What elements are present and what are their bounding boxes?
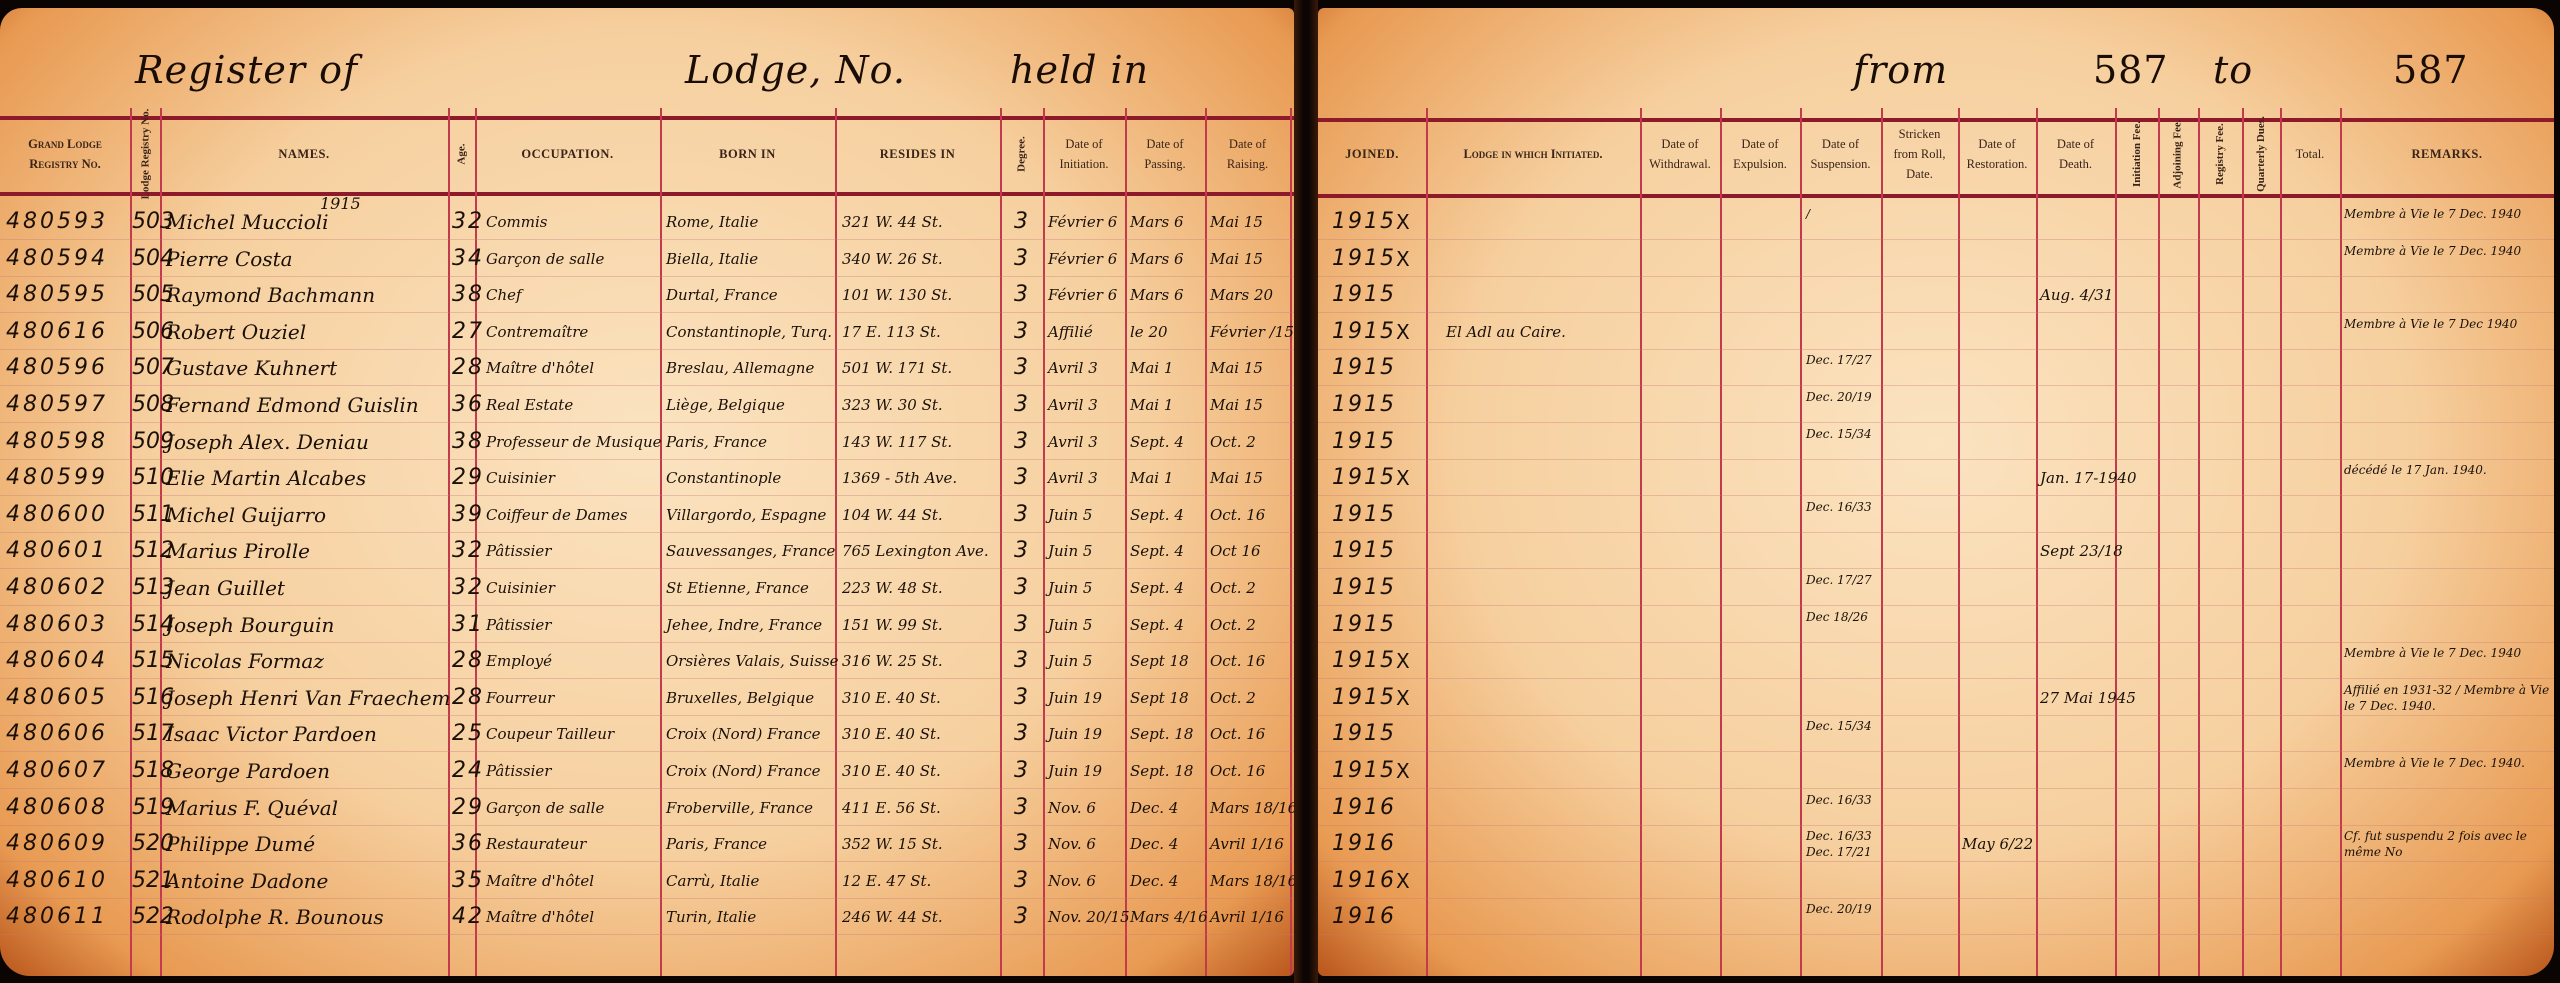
table-row: 1915X27 Mai 1945Affilié en 1931-32 / Mem… — [1318, 680, 2554, 716]
joined-year: 1915 — [1332, 497, 1396, 533]
title-to: to — [2213, 48, 2253, 92]
born-in: Froberville, France — [666, 790, 813, 826]
date-suspension: Dec. 20/19 — [1806, 901, 1880, 937]
remarks — [2344, 499, 2550, 535]
resides-in: 101 W. 130 St. — [842, 277, 952, 313]
table-row: 480604515Nicolas Formaz28EmployéOrsières… — [0, 643, 1294, 679]
header-registry-fee-text: Registry Fee. — [2214, 123, 2226, 185]
date-initiation: Avril 3 — [1048, 460, 1098, 496]
member-name: Joseph Henri Van Fraechem — [166, 680, 451, 716]
age: 34 — [452, 241, 484, 277]
born-in: Jehee, Indre, France — [666, 607, 822, 643]
lodge-initiated: El Adl au Caire. — [1446, 314, 1566, 350]
grand-lodge-registry-no: 480602 — [6, 570, 108, 606]
date-initiation: Juin 19 — [1048, 680, 1102, 716]
joined-year: 1915 — [1332, 643, 1396, 679]
grand-lodge-registry-no: 480599 — [6, 460, 108, 496]
header-date-initiation: Date of Initiation. — [1043, 114, 1125, 194]
date-raising: Mai 15 — [1210, 387, 1263, 423]
header-quarterly-dues-text: Quarterly Dues. — [2255, 116, 2267, 192]
title-held-in: held in — [1010, 48, 1149, 92]
date-raising: Mai 15 — [1210, 241, 1263, 277]
header-degree: Degree. — [1000, 114, 1043, 194]
grand-lodge-registry-no: 480601 — [6, 533, 108, 569]
occupation: Garçon de salle — [486, 241, 604, 277]
table-row: 480608519Marius F. Quéval29Garçon de sal… — [0, 790, 1294, 826]
born-in: Constantinople, Turq. — [666, 314, 832, 350]
degree: 3 — [1014, 899, 1030, 935]
date-initiation: Juin 5 — [1048, 497, 1092, 533]
remarks — [2344, 279, 2550, 315]
date-suspension: Dec. 16/33 Dec. 17/21 — [1806, 828, 1880, 864]
table-row: 480598509Joseph Alex. Deniau38Professeur… — [0, 424, 1294, 460]
age: 28 — [452, 680, 484, 716]
age: 36 — [452, 826, 484, 862]
date-initiation: Affilié — [1048, 314, 1093, 350]
check-mark-icon: X — [1396, 241, 1410, 277]
member-name: Michel Guijarro — [166, 497, 326, 533]
date-suspension: / — [1806, 206, 1880, 242]
date-raising: Oct. 2 — [1210, 570, 1256, 606]
resides-in: 310 E. 40 St. — [842, 753, 941, 789]
date-raising: Mars 18/16 — [1210, 790, 1294, 826]
date-initiation: Juin 5 — [1048, 643, 1092, 679]
title-from-number: 587 — [2093, 48, 2169, 92]
date-passing: Sept 18 — [1130, 680, 1189, 716]
age: 42 — [452, 899, 484, 935]
date-death: 27 Mai 1945 — [2040, 680, 2136, 716]
header-grand-lodge-line1: Grand Lodge — [28, 134, 102, 154]
remarks — [2344, 718, 2550, 754]
resides-in: 143 W. 117 St. — [842, 424, 952, 460]
grand-lodge-registry-no: 480611 — [6, 899, 108, 935]
date-passing: Dec. 4 — [1130, 863, 1178, 899]
degree: 3 — [1014, 716, 1030, 752]
table-row: 1915Dec. 16/33 — [1318, 497, 2554, 533]
date-initiation: Avril 3 — [1048, 424, 1098, 460]
born-in: Constantinople — [666, 460, 781, 496]
remarks: Affilié en 1931-32 / Membre à Vie le 7 D… — [2344, 682, 2550, 718]
header-grand-lodge-line2: Registry No. — [29, 154, 101, 174]
resides-in: 310 E. 40 St. — [842, 716, 941, 752]
age: 31 — [452, 607, 484, 643]
date-passing: Sept. 4 — [1130, 533, 1184, 569]
header-adjoining-fee: Adjoining Fee. — [2158, 114, 2198, 194]
grand-lodge-registry-no: 480606 — [6, 716, 108, 752]
date-passing: Mai 1 — [1130, 387, 1173, 423]
joined-year: 1915 — [1332, 424, 1396, 460]
title-lodge-no: Lodge, No. — [685, 48, 906, 92]
right-page: from 587 to 587 JOINED. Lodge in which I… — [1318, 8, 2554, 976]
remarks: Cf. fut suspendu 2 fois avec le même No — [2344, 828, 2550, 864]
date-passing: Mars 6 — [1130, 277, 1183, 313]
remarks: Membre à Vie le 7 Dec. 1940 — [2344, 645, 2550, 681]
date-raising: Oct. 16 — [1210, 643, 1265, 679]
title-register-of: Register of — [135, 48, 358, 92]
date-initiation: Juin 5 — [1048, 607, 1092, 643]
date-passing: Sept. 4 — [1130, 607, 1184, 643]
header-quarterly-dues: Quarterly Dues. — [2242, 114, 2280, 194]
date-initiation: Février 6 — [1048, 204, 1117, 240]
grand-lodge-registry-no: 480600 — [6, 497, 108, 533]
occupation: Chef — [486, 277, 522, 313]
resides-in: 246 W. 44 St. — [842, 899, 943, 935]
date-raising: Oct. 2 — [1210, 680, 1256, 716]
joined-year: 1915 — [1332, 314, 1396, 350]
occupation: Cuisinier — [486, 570, 555, 606]
table-row: 480593503Michel Muccioli32CommisRome, It… — [0, 204, 1294, 240]
table-row: 480605516Joseph Henri Van Fraechem28Four… — [0, 680, 1294, 716]
grand-lodge-registry-no: 480597 — [6, 387, 108, 423]
joined-year: 1915 — [1332, 753, 1396, 789]
date-raising: Mai 15 — [1210, 460, 1263, 496]
date-suspension — [1806, 243, 1880, 279]
remarks: Membre à Vie le 7 Dec. 1940. — [2344, 755, 2550, 791]
date-initiation: Avril 3 — [1048, 350, 1098, 386]
date-suspension: Dec 18/26 — [1806, 609, 1880, 645]
check-mark-icon: X — [1396, 314, 1410, 350]
born-in: Turin, Italie — [666, 899, 756, 935]
member-name: Fernand Edmond Guislin — [166, 387, 419, 423]
occupation: Maître d'hôtel — [486, 350, 594, 386]
date-raising: Mars 18/16 — [1210, 863, 1294, 899]
occupation: Cuisinier — [486, 460, 555, 496]
table-row: 480603514Joseph Bourguin31PâtissierJehee… — [0, 607, 1294, 643]
date-initiation: Février 6 — [1048, 241, 1117, 277]
age: 38 — [452, 424, 484, 460]
header-age: Age. — [448, 114, 475, 194]
member-name: Philippe Dumé — [166, 826, 315, 862]
member-name: Isaac Victor Pardoen — [166, 716, 377, 752]
table-row: 480610521Antoine Dadone35Maître d'hôtelC… — [0, 863, 1294, 899]
joined-year: 1915 — [1332, 387, 1396, 423]
joined-year: 1915 — [1332, 533, 1396, 569]
header-lodge-registry: Lodge Registry No. — [130, 114, 160, 194]
header-resides-in: RESIDES IN — [835, 114, 1000, 194]
date-suspension — [1806, 645, 1880, 681]
remarks — [2344, 426, 2550, 462]
check-mark-icon: X — [1396, 204, 1410, 240]
table-row: 480597508Fernand Edmond Guislin36Real Es… — [0, 387, 1294, 423]
table-row: 480595505Raymond Bachmann38ChefDurtal, F… — [0, 277, 1294, 313]
remarks — [2344, 609, 2550, 645]
resides-in: 151 W. 99 St. — [842, 607, 943, 643]
grand-lodge-registry-no: 480603 — [6, 607, 108, 643]
date-suspension: Dec. 15/34 — [1806, 718, 1880, 754]
date-initiation: Nov. 6 — [1048, 863, 1096, 899]
date-passing: Dec. 4 — [1130, 826, 1178, 862]
remarks — [2344, 389, 2550, 425]
member-name: Marius Pirolle — [166, 533, 310, 569]
born-in: Rome, Italie — [666, 204, 758, 240]
resides-in: 501 W. 171 St. — [842, 350, 952, 386]
date-passing: Mars 6 — [1130, 241, 1183, 277]
born-in: Paris, France — [666, 826, 767, 862]
born-in: Breslau, Allemagne — [666, 350, 814, 386]
header-lodge-initiated: Lodge in which Initiated. — [1426, 114, 1640, 194]
joined-year: 1915 — [1332, 350, 1396, 386]
grand-lodge-registry-no: 480596 — [6, 350, 108, 386]
header-date-raising: Date of Raising. — [1205, 114, 1290, 194]
date-suspension: Dec. 15/34 — [1806, 426, 1880, 462]
date-suspension — [1806, 279, 1880, 315]
header-occupation: OCCUPATION. — [475, 114, 660, 194]
check-mark-icon: X — [1396, 753, 1410, 789]
remarks — [2344, 572, 2550, 608]
grand-lodge-registry-no: 480593 — [6, 204, 108, 240]
table-row: 1915Dec. 20/19 — [1318, 387, 2554, 423]
age: 32 — [452, 570, 484, 606]
age: 35 — [452, 863, 484, 899]
resides-in: 323 W. 30 St. — [842, 387, 943, 423]
grand-lodge-registry-no: 480610 — [6, 863, 108, 899]
degree: 3 — [1014, 680, 1030, 716]
table-row: 480594504Pierre Costa34Garçon de salleBi… — [0, 241, 1294, 277]
occupation: Pâtissier — [486, 607, 551, 643]
date-passing: Mai 1 — [1130, 460, 1173, 496]
table-row: 1916Dec. 16/33 — [1318, 790, 2554, 826]
joined-year: 1915 — [1332, 570, 1396, 606]
date-raising: Oct. 2 — [1210, 424, 1256, 460]
header-grand-lodge: Grand Lodge Registry No. — [0, 114, 130, 194]
header-bottom-rule — [1318, 194, 2554, 198]
header-names: NAMES. — [160, 114, 448, 194]
table-row: 1916X — [1318, 863, 2554, 899]
occupation: Maître d'hôtel — [486, 863, 594, 899]
member-name: Pierre Costa — [166, 241, 293, 277]
date-suspension — [1806, 535, 1880, 571]
degree: 3 — [1014, 314, 1030, 350]
date-suspension — [1806, 865, 1880, 901]
age: 28 — [452, 350, 484, 386]
grand-lodge-registry-no: 480595 — [6, 277, 108, 313]
born-in: Carrù, Italie — [666, 863, 759, 899]
remarks: Membre à Vie le 7 Dec. 1940 — [2344, 206, 2550, 242]
age: 25 — [452, 716, 484, 752]
resides-in: 321 W. 44 St. — [842, 204, 943, 240]
header-remarks: REMARKS. — [2340, 114, 2554, 194]
table-row: 480607518George Pardoen24PâtissierCroix … — [0, 753, 1294, 789]
date-initiation: Juin 5 — [1048, 570, 1092, 606]
date-restoration: May 6/22 — [1962, 826, 2033, 862]
header-date-withdrawal: Date of Withdrawal. — [1640, 114, 1720, 194]
date-passing: Sept. 18 — [1130, 753, 1193, 789]
resides-in: 765 Lexington Ave. — [842, 533, 989, 569]
occupation: Fourreur — [486, 680, 554, 716]
born-in: Durtal, France — [666, 277, 778, 313]
member-name: Rodolphe R. Bounous — [166, 899, 384, 935]
age: 29 — [452, 790, 484, 826]
date-passing: Mai 1 — [1130, 350, 1173, 386]
age: 29 — [452, 460, 484, 496]
occupation: Maître d'hôtel — [486, 899, 594, 935]
date-suspension: Dec. 17/27 — [1806, 352, 1880, 388]
joined-year: 1915 — [1332, 460, 1396, 496]
table-row: 480601512Marius Pirolle32PâtissierSauves… — [0, 533, 1294, 569]
header-date-expulsion: Date of Expulsion. — [1720, 114, 1800, 194]
born-in: Croix (Nord) France — [666, 753, 821, 789]
member-name: Jean Guillet — [166, 570, 285, 606]
member-name: Nicolas Formaz — [166, 643, 324, 679]
degree: 3 — [1014, 277, 1030, 313]
check-mark-icon: X — [1396, 680, 1410, 716]
table-row: 1915XEl Adl au Caire.Membre à Vie le 7 D… — [1318, 314, 2554, 350]
joined-year: 1915 — [1332, 241, 1396, 277]
table-row: 1915Sept 23/18 — [1318, 533, 2554, 569]
born-in: Orsières Valais, Suisse — [666, 643, 839, 679]
check-mark-icon: X — [1396, 863, 1410, 899]
occupation: Employé — [486, 643, 552, 679]
date-raising: Oct. 16 — [1210, 497, 1265, 533]
grand-lodge-registry-no: 480605 — [6, 680, 108, 716]
member-name: Robert Ouziel — [166, 314, 306, 350]
resides-in: 411 E. 56 St. — [842, 790, 941, 826]
header-date-passing: Date of Passing. — [1125, 114, 1205, 194]
resides-in: 17 E. 113 St. — [842, 314, 941, 350]
occupation: Coiffeur de Dames — [486, 497, 627, 533]
header-age-text: Age. — [455, 143, 467, 164]
date-passing: le 20 — [1130, 314, 1168, 350]
age: 36 — [452, 387, 484, 423]
date-raising: Mai 15 — [1210, 204, 1263, 240]
table-row: 1915Dec. 15/34 — [1318, 424, 2554, 460]
degree: 3 — [1014, 204, 1030, 240]
resides-in: 1369 - 5th Ave. — [842, 460, 957, 496]
born-in: Bruxelles, Belgique — [666, 680, 814, 716]
occupation: Restaurateur — [486, 826, 586, 862]
degree: 3 — [1014, 826, 1030, 862]
date-suspension: Dec. 16/33 — [1806, 792, 1880, 828]
grand-lodge-registry-no: 480607 — [6, 753, 108, 789]
left-page: Register of Lodge, No. held in Grand Lod… — [0, 8, 1294, 976]
check-mark-icon: X — [1396, 643, 1410, 679]
joined-year: 1916 — [1332, 826, 1396, 862]
grand-lodge-registry-no: 480608 — [6, 790, 108, 826]
age: 39 — [452, 497, 484, 533]
header-total: Total. — [2280, 114, 2340, 194]
date-suspension — [1806, 316, 1880, 352]
date-raising: Oct 16 — [1210, 533, 1261, 569]
degree: 3 — [1014, 497, 1030, 533]
header-date-restoration: Date of Restoration. — [1958, 114, 2036, 194]
header-stricken: Stricken from Roll, Date. — [1881, 114, 1958, 194]
date-raising: Mai 15 — [1210, 350, 1263, 386]
table-row: 1916Dec. 16/33 Dec. 17/21May 6/22Cf. fut… — [1318, 826, 2554, 862]
born-in: Sauvessanges, France — [666, 533, 835, 569]
resides-in: 223 W. 48 St. — [842, 570, 943, 606]
remarks: décédé le 17 Jan. 1940. — [2344, 462, 2550, 498]
degree: 3 — [1014, 424, 1030, 460]
degree: 3 — [1014, 863, 1030, 899]
member-name: Raymond Bachmann — [166, 277, 375, 313]
resides-in: 104 W. 44 St. — [842, 497, 943, 533]
born-in: Biella, Italie — [666, 241, 758, 277]
title-to-number: 587 — [2393, 48, 2469, 92]
degree: 3 — [1014, 387, 1030, 423]
degree: 3 — [1014, 570, 1030, 606]
table-row: 1915Dec. 15/34 — [1318, 716, 2554, 752]
left-title-band: Register of Lodge, No. held in — [0, 8, 1294, 108]
degree: 3 — [1014, 241, 1030, 277]
date-death: Aug. 4/31 — [2040, 277, 2113, 313]
date-suspension — [1806, 462, 1880, 498]
table-row: 1915X/Membre à Vie le 7 Dec. 1940 — [1318, 204, 2554, 240]
date-raising: Mars 20 — [1210, 277, 1273, 313]
joined-year: 1916 — [1332, 790, 1396, 826]
degree: 3 — [1014, 643, 1030, 679]
date-passing: Dec. 4 — [1130, 790, 1178, 826]
remarks: Membre à Vie le 7 Dec. 1940 — [2344, 243, 2550, 279]
table-row: 480611522Rodolphe R. Bounous42Maître d'h… — [0, 899, 1294, 935]
date-initiation: Nov. 6 — [1048, 826, 1096, 862]
date-suspension: Dec. 16/33 — [1806, 499, 1880, 535]
occupation: Pâtissier — [486, 753, 551, 789]
date-raising: Oct. 2 — [1210, 607, 1256, 643]
header-adjoining-fee-text: Adjoining Fee. — [2172, 119, 2184, 188]
table-row: 1915XJan. 17-1940décédé le 17 Jan. 1940. — [1318, 460, 2554, 496]
header-date-suspension: Date of Suspension. — [1800, 114, 1881, 194]
date-initiation: Nov. 6 — [1048, 790, 1096, 826]
date-death: Jan. 17-1940 — [2040, 460, 2136, 496]
age: 32 — [452, 533, 484, 569]
remarks — [2344, 352, 2550, 388]
date-raising: Oct. 16 — [1210, 716, 1265, 752]
degree: 3 — [1014, 790, 1030, 826]
joined-year: 1915 — [1332, 204, 1396, 240]
grand-lodge-registry-no: 480609 — [6, 826, 108, 862]
joined-year: 1915 — [1332, 680, 1396, 716]
degree: 3 — [1014, 753, 1030, 789]
remarks: Membre à Vie le 7 Dec 1940 — [2344, 316, 2550, 352]
right-title-band: from 587 to 587 — [1318, 8, 2554, 108]
born-in: Villargordo, Espagne — [666, 497, 826, 533]
member-name: Elie Martin Alcabes — [166, 460, 366, 496]
age: 27 — [452, 314, 484, 350]
born-in: Paris, France — [666, 424, 767, 460]
date-passing: Sept 18 — [1130, 643, 1189, 679]
table-row: 480596507Gustave Kuhnert28Maître d'hôtel… — [0, 350, 1294, 386]
table-row: 480602513Jean Guillet32CuisinierSt Etien… — [0, 570, 1294, 606]
date-initiation: Juin 19 — [1048, 753, 1102, 789]
date-initiation: Juin 19 — [1048, 716, 1102, 752]
table-row: 480600511Michel Guijarro39Coiffeur de Da… — [0, 497, 1294, 533]
grand-lodge-registry-no: 480616 — [6, 314, 108, 350]
member-name: Joseph Bourguin — [166, 607, 334, 643]
table-row: 1915Dec. 17/27 — [1318, 350, 2554, 386]
table-row: 480616506Robert Ouziel27ContremaîtreCons… — [0, 314, 1294, 350]
degree: 3 — [1014, 533, 1030, 569]
book-gutter — [1294, 0, 1318, 983]
table-row: 1915Dec 18/26 — [1318, 607, 2554, 643]
date-passing: Sept. 4 — [1130, 497, 1184, 533]
date-passing: Sept. 18 — [1130, 716, 1193, 752]
date-passing: Mars 4/16 — [1130, 899, 1208, 935]
table-row: 480606517Isaac Victor Pardoen25Coupeur T… — [0, 716, 1294, 752]
born-in: St Etienne, France — [666, 570, 809, 606]
table-row: 1915Aug. 4/31 — [1318, 277, 2554, 313]
occupation: Commis — [486, 204, 547, 240]
header-date-death: Date of Death. — [2036, 114, 2115, 194]
resides-in: 12 E. 47 St. — [842, 863, 931, 899]
remarks — [2344, 901, 2550, 937]
check-mark-icon: X — [1396, 460, 1410, 496]
age: 24 — [452, 753, 484, 789]
occupation: Contremaître — [486, 314, 588, 350]
date-raising: Oct. 16 — [1210, 753, 1265, 789]
member-name: Joseph Alex. Deniau — [166, 424, 369, 460]
date-passing: Sept. 4 — [1130, 570, 1184, 606]
member-name: George Pardoen — [166, 753, 330, 789]
